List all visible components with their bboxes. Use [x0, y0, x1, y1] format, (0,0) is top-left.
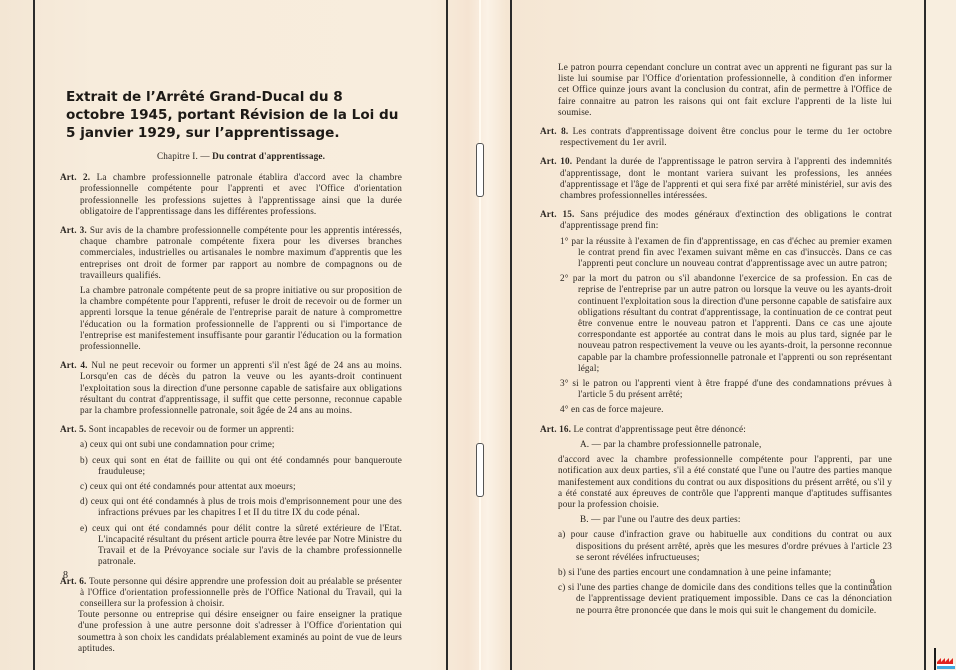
chapter-title: Du contrat d'apprentissage. [212, 151, 325, 161]
article-paragraph: Toute personne ou entreprise qui désire … [60, 609, 402, 654]
page-edge-line [446, 0, 448, 670]
factory-logo-icon [934, 646, 956, 670]
list-item: e) ceux qui ont été condamnés pour délit… [60, 523, 402, 568]
page-number: 8 [63, 570, 68, 581]
article-8: Art. 8. Les contrats d'apprentissage doi… [540, 126, 892, 148]
list-item: a) pour cause d'infraction grave ou habi… [540, 529, 892, 563]
article-label: Art. 15. [540, 209, 574, 219]
article-text: Nul ne peut recevoir ou former un appren… [80, 360, 402, 415]
article-label: Art. 5. [60, 424, 86, 434]
intro-paragraph: Le patron pourra cependant conclure un c… [540, 62, 892, 118]
section-heading: A. — par la chambre professionnelle patr… [540, 439, 892, 450]
list-item: c) si l'une des parties change de domici… [540, 582, 892, 616]
article-label: Art. 2. [60, 172, 90, 182]
page-number: 9 [870, 578, 875, 589]
list-item: 3° si le patron ou l'apprenti vient à êt… [540, 378, 892, 400]
article-text: Pendant la durée de l'apprentissage le p… [560, 156, 892, 200]
article-text: Sans préjudice des modes généraux d'exti… [560, 209, 892, 230]
list-item: b) si l'une des parties encourt une cond… [540, 567, 892, 578]
list-item: d) ceux qui ont été condamnés à plus de … [60, 496, 402, 518]
article-text: Sur avis de la chambre professionnelle c… [80, 225, 402, 280]
page-edge-line [510, 0, 512, 670]
article-2: Art. 2. La chambre professionnelle patro… [60, 172, 402, 217]
article-text: Le contrat d'apprentissage peut être dén… [574, 424, 746, 434]
article-paragraph: La chambre patronale compétente peut de … [60, 285, 402, 352]
page-edge-line [33, 0, 35, 670]
article-10: Art. 10. Pendant la durée de l'apprentis… [540, 156, 892, 201]
section-text: d'accord avec la chambre professionnelle… [540, 454, 892, 510]
article-label: Art. 16. [540, 424, 571, 434]
right-page: Le patron pourra cependant conclure un c… [540, 0, 892, 624]
list-item: 4° en cas de force majeure. [540, 404, 892, 415]
chapter-prefix: Chapitre I. — [157, 151, 210, 161]
article-label: Art. 8. [540, 126, 568, 136]
list-item: c) ceux qui ont été condamnés pour atten… [60, 481, 402, 492]
list-item: 2° par la mort du patron ou s'il abandon… [540, 273, 892, 374]
list-item: a) ceux qui ont subi une condamnation po… [60, 439, 402, 450]
article-label: Art. 4. [60, 360, 88, 370]
article-label: Art. 3. [60, 225, 87, 235]
section-heading: B. — par l'une ou l'autre des deux parti… [540, 514, 892, 525]
document-title: Extrait de l’Arrêté Grand-Ducal du 8 oct… [66, 88, 402, 142]
article-4: Art. 4. Nul ne peut recevoir ou former u… [60, 360, 402, 416]
page-edge-line [924, 0, 926, 670]
staple [476, 143, 484, 197]
chapter-heading: Chapitre I. — Du contrat d'apprentissage… [60, 151, 402, 162]
article-text: Les contrats d'apprentissage doivent êtr… [560, 126, 892, 147]
left-page: Extrait de l’Arrêté Grand-Ducal du 8 oct… [60, 0, 402, 662]
list-item: 1° par la réussite à l'examen de fin d'a… [540, 236, 892, 270]
article-5: Art. 5. Sont incapables de recevoir ou d… [60, 424, 402, 567]
article-text: Toute personne qui désire apprendre une … [80, 576, 402, 608]
article-3: Art. 3. Sur avis de la chambre professio… [60, 225, 402, 352]
center-fold [479, 0, 481, 670]
article-text: Sont incapables de recevoir ou de former… [89, 424, 294, 434]
list-item: b) ceux qui sont en état de faillite ou … [60, 455, 402, 477]
article-text: La chambre professionnelle patronale éta… [80, 172, 402, 216]
staple [476, 443, 484, 497]
article-16: Art. 16. Le contrat d'apprentissage peut… [540, 424, 892, 616]
article-6: Art. 6. Toute personne qui désire appren… [60, 576, 402, 654]
article-15: Art. 15. Sans préjudice des modes généra… [540, 209, 892, 415]
article-label: Art. 10. [540, 156, 572, 166]
